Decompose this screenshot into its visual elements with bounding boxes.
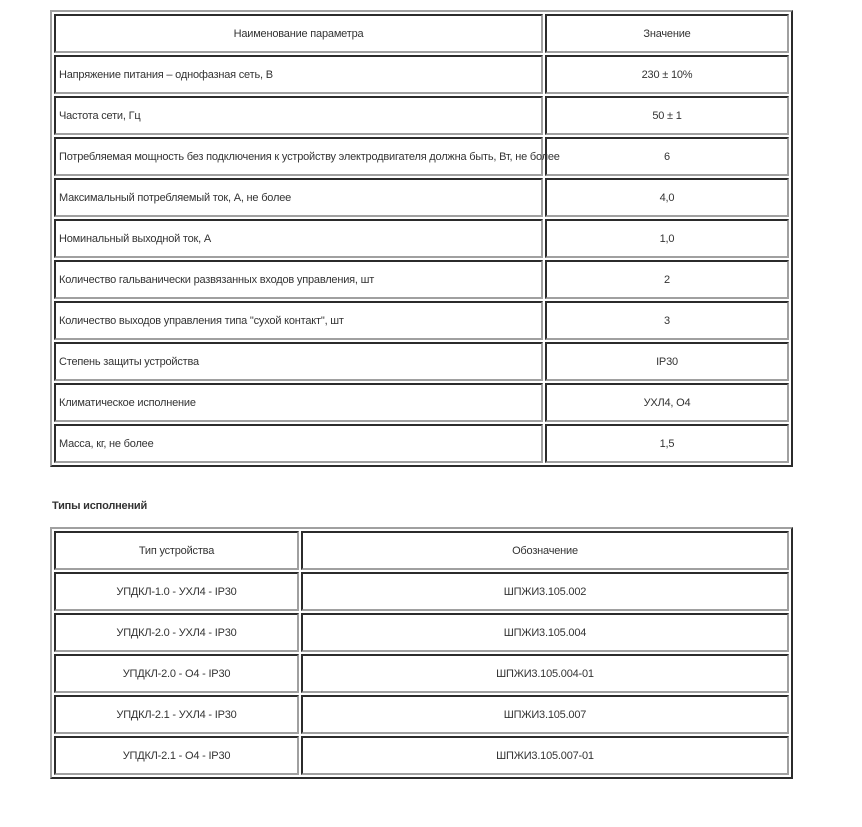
parameter-cell: Масса, кг, не более — [54, 424, 543, 463]
specifications-table: Наименование параметра Значение Напряжен… — [50, 10, 793, 467]
value-cell: 2 — [545, 260, 789, 299]
parameter-cell: Напряжение питания – однофазная сеть, В — [54, 55, 543, 94]
header-device-type: Тип устройства — [54, 531, 299, 570]
device-type-cell: УПДКЛ-2.1 - УХЛ4 - IP30 — [54, 695, 299, 734]
parameter-cell: Частота сети, Гц — [54, 96, 543, 135]
parameter-cell: Номинальный выходной ток, А — [54, 219, 543, 258]
table-row: Масса, кг, не более1,5 — [54, 424, 789, 463]
table-header-row: Тип устройства Обозначение — [54, 531, 789, 570]
table-row: Климатическое исполнениеУХЛ4, О4 — [54, 383, 789, 422]
table-row: УПДКЛ-1.0 - УХЛ4 - IP30ШПЖИ3.105.002 — [54, 572, 789, 611]
table-row: Степень защиты устройстваIP30 — [54, 342, 789, 381]
table-row: УПДКЛ-2.0 - УХЛ4 - IP30ШПЖИ3.105.004 — [54, 613, 789, 652]
device-type-cell: УПДКЛ-2.0 - О4 - IP30 — [54, 654, 299, 693]
table-row: УПДКЛ-2.0 - О4 - IP30ШПЖИ3.105.004-01 — [54, 654, 789, 693]
value-cell: 1,0 — [545, 219, 789, 258]
value-cell: 1,5 — [545, 424, 789, 463]
device-type-cell: УПДКЛ-2.1 - О4 - IP30 — [54, 736, 299, 775]
parameter-cell: Потребляемая мощность без подключения к … — [54, 137, 543, 176]
header-value: Значение — [545, 14, 789, 53]
parameter-cell: Максимальный потребляемый ток, А, не бол… — [54, 178, 543, 217]
header-designation: Обозначение — [301, 531, 789, 570]
value-cell: 4,0 — [545, 178, 789, 217]
parameter-cell: Климатическое исполнение — [54, 383, 543, 422]
value-cell: IP30 — [545, 342, 789, 381]
table-row: УПДКЛ-2.1 - УХЛ4 - IP30ШПЖИ3.105.007 — [54, 695, 789, 734]
header-parameter: Наименование параметра — [54, 14, 543, 53]
designation-cell: ШПЖИ3.105.002 — [301, 572, 789, 611]
value-cell: 230 ± 10% — [545, 55, 789, 94]
value-cell: УХЛ4, О4 — [545, 383, 789, 422]
value-cell: 3 — [545, 301, 789, 340]
parameter-cell: Степень защиты устройства — [54, 342, 543, 381]
table-row: Номинальный выходной ток, А1,0 — [54, 219, 789, 258]
value-cell: 6 — [545, 137, 789, 176]
table-row: Количество выходов управления типа "сухо… — [54, 301, 789, 340]
designation-cell: ШПЖИ3.105.004-01 — [301, 654, 789, 693]
table-row: УПДКЛ-2.1 - О4 - IP30ШПЖИ3.105.007-01 — [54, 736, 789, 775]
table-row: Частота сети, Гц50 ± 1 — [54, 96, 789, 135]
table-row: Количество гальванически развязанных вхо… — [54, 260, 789, 299]
table-row: Потребляемая мощность без подключения к … — [54, 137, 789, 176]
device-type-cell: УПДКЛ-1.0 - УХЛ4 - IP30 — [54, 572, 299, 611]
designation-cell: ШПЖИ3.105.007-01 — [301, 736, 789, 775]
device-types-table: Тип устройства Обозначение УПДКЛ-1.0 - У… — [50, 527, 793, 779]
parameter-cell: Количество выходов управления типа "сухо… — [54, 301, 543, 340]
section-heading-types: Типы исполнений — [52, 500, 147, 512]
value-cell: 50 ± 1 — [545, 96, 789, 135]
table-row: Напряжение питания – однофазная сеть, В2… — [54, 55, 789, 94]
parameter-cell: Количество гальванически развязанных вхо… — [54, 260, 543, 299]
device-type-cell: УПДКЛ-2.0 - УХЛ4 - IP30 — [54, 613, 299, 652]
designation-cell: ШПЖИ3.105.007 — [301, 695, 789, 734]
table-header-row: Наименование параметра Значение — [54, 14, 789, 53]
designation-cell: ШПЖИ3.105.004 — [301, 613, 789, 652]
table-row: Максимальный потребляемый ток, А, не бол… — [54, 178, 789, 217]
